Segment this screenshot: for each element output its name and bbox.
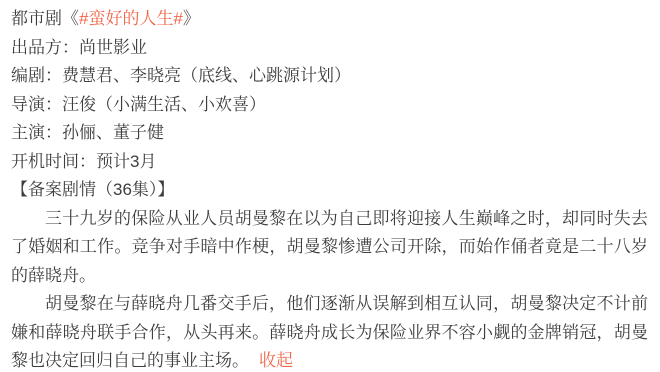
start-date-line: 开机时间：预计3月: [11, 148, 648, 177]
cast-line: 主演：孙俪、董子健: [11, 119, 648, 148]
collapse-link[interactable]: 收起: [259, 351, 293, 370]
director-line: 导演：汪俊（小满生活、小欢喜）: [11, 91, 648, 120]
paragraph-text: 胡曼黎在与薛晓舟几番交手后，他们逐渐从误解到相互认同，胡曼黎决定不计前嫌和薛晓舟…: [11, 294, 648, 370]
title-line: 都市剧《#蛮好的人生#》: [11, 5, 648, 34]
synopsis-paragraph-2: 胡曼黎在与薛晓舟几番交手后，他们逐渐从误解到相互认同，胡曼黎决定不计前嫌和薛晓舟…: [11, 290, 648, 372]
hashtag-link[interactable]: #蛮好的人生#: [79, 9, 183, 28]
drama-info-post: 都市剧《#蛮好的人生#》 出品方：尚世影业 编剧：费慧君、李晓亮（底线、心跳源计…: [0, 0, 660, 372]
title-prefix: 都市剧《: [11, 9, 79, 28]
screenwriter-line: 编剧：费慧君、李晓亮（底线、心跳源计划）: [11, 62, 648, 91]
section-header: 【备案剧情（36集）】: [11, 176, 648, 205]
producer-line: 出品方：尚世影业: [11, 34, 648, 63]
title-suffix: 》: [183, 9, 200, 28]
synopsis-paragraph-1: 三十九岁的保险从业人员胡曼黎在以为自己即将迎接人生巅峰之时，却同时失去了婚姻和工…: [11, 205, 648, 291]
paragraph-text: 三十九岁的保险从业人员胡曼黎在以为自己即将迎接人生巅峰之时，却同时失去了婚姻和工…: [11, 209, 648, 285]
